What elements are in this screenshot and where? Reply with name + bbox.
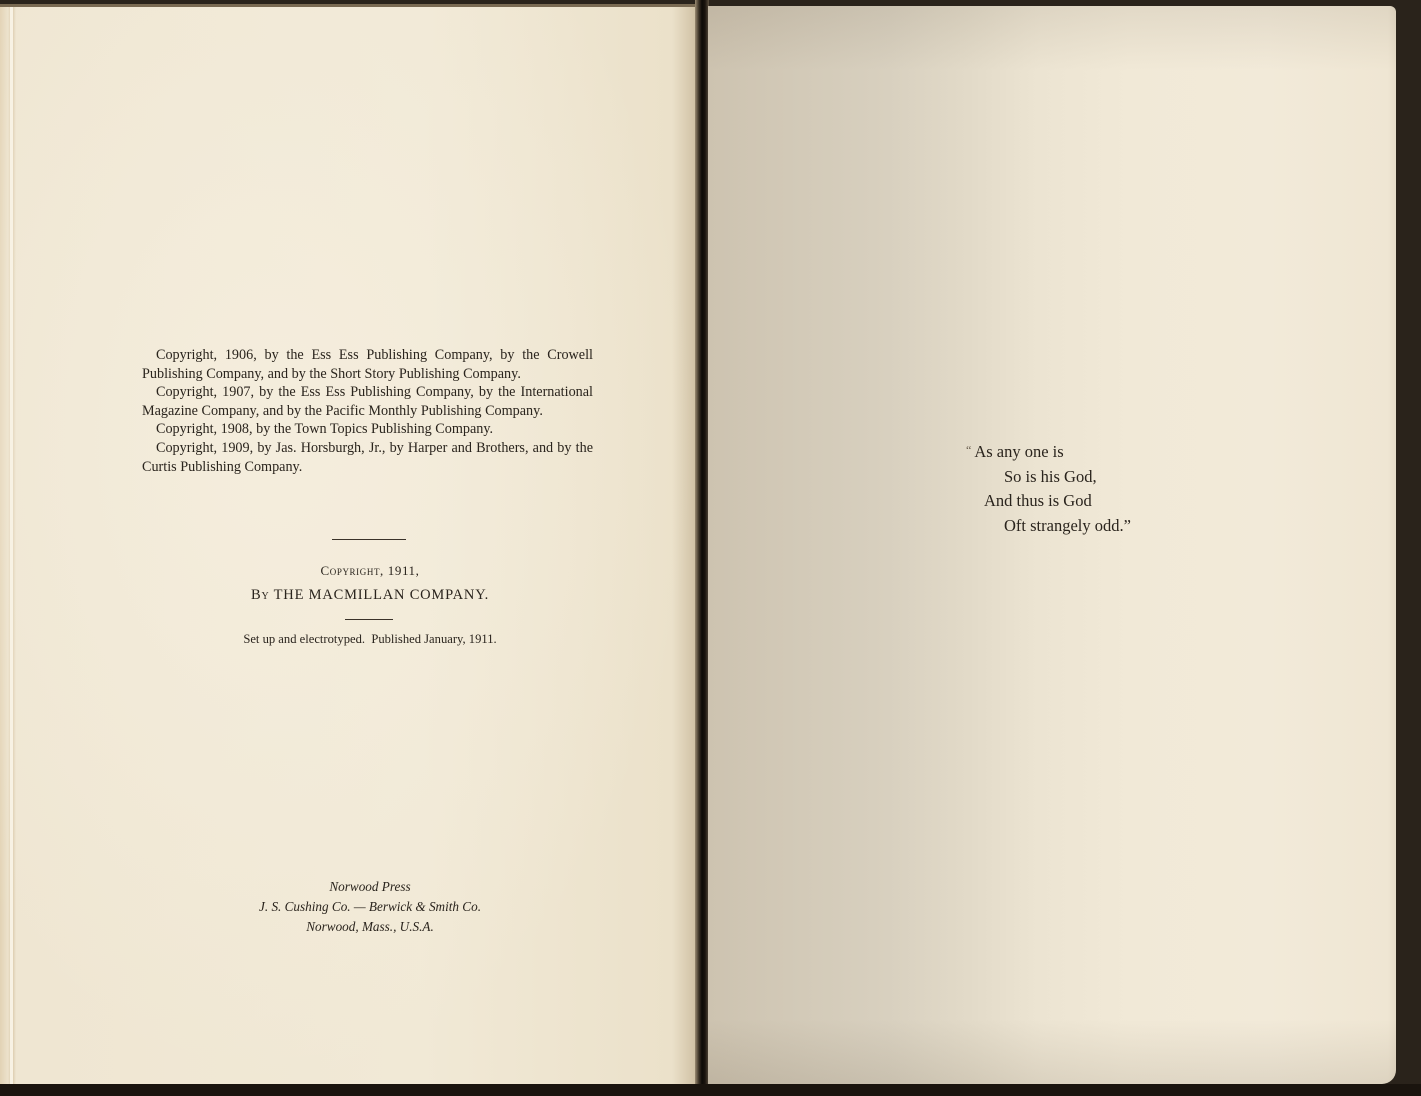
publication-note: Set up and electrotyped. Published Janua… bbox=[180, 632, 560, 647]
copyright-notice-1906: Copyright, 1906, by the Ess Ess Publishi… bbox=[142, 346, 593, 383]
open-quote: “ bbox=[966, 443, 971, 457]
copyright-notice-1909: Copyright, 1909, by Jas. Horsburgh, Jr.,… bbox=[142, 439, 593, 476]
publisher-name: THE MACMILLAN COMPANY. bbox=[274, 587, 489, 603]
printer-line-1: Norwood Press bbox=[200, 877, 540, 897]
epigraph-line-1-text: As any one is bbox=[974, 442, 1063, 461]
book-spread-scan: Copyright, 1906, by the Ess Ess Publishi… bbox=[0, 0, 1421, 1096]
epigraph-line-3: And thus is God bbox=[966, 489, 1206, 514]
divider-rule-bottom bbox=[345, 619, 393, 620]
printer-line-2: J. S. Cushing Co. — Berwick & Smith Co. bbox=[200, 897, 540, 917]
right-page bbox=[708, 6, 1396, 1084]
divider-rule-top bbox=[332, 539, 406, 540]
copyright-notices: Copyright, 1906, by the Ess Ess Publishi… bbox=[142, 346, 593, 476]
printer-imprint: Norwood Press J. S. Cushing Co. — Berwic… bbox=[200, 877, 540, 937]
epigraph-line-4: Oft strangely odd.” bbox=[966, 514, 1206, 539]
epigraph-line-1: “As any one is bbox=[966, 438, 1206, 465]
copyright-notice-1908: Copyright, 1908, by the Town Topics Publ… bbox=[142, 420, 593, 439]
printer-line-3: Norwood, Mass., U.S.A. bbox=[200, 917, 540, 937]
epigraph: “As any one is So is his God, And thus i… bbox=[966, 438, 1206, 538]
book-gutter bbox=[695, 0, 709, 1096]
book-bottom-edge bbox=[0, 1084, 1421, 1096]
main-copyright-line: Copyright, 1911, bbox=[200, 563, 540, 579]
publisher-line: By THE MACMILLAN COMPANY. bbox=[180, 587, 560, 604]
epigraph-line-2: So is his God, bbox=[966, 465, 1206, 490]
publisher-prefix: By bbox=[251, 587, 270, 603]
copyright-notice-1907: Copyright, 1907, by the Ess Ess Publishi… bbox=[142, 383, 593, 420]
